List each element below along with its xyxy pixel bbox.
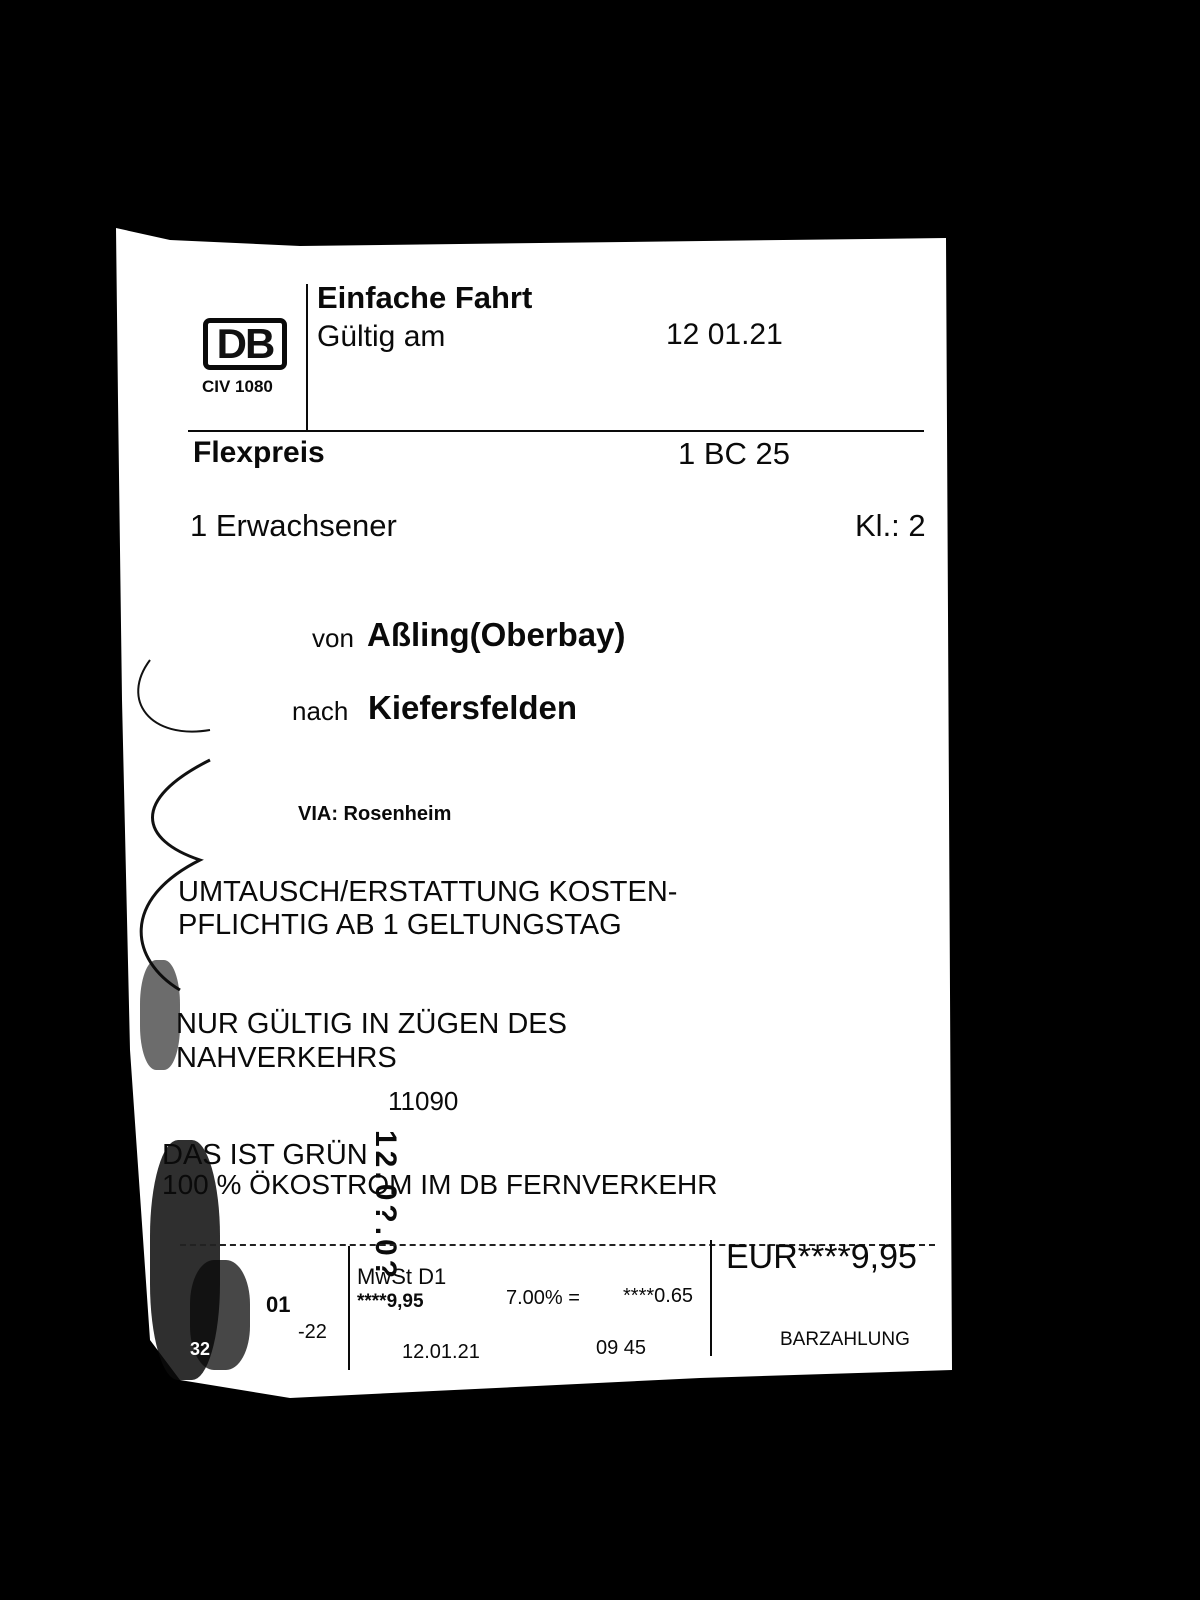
stamp-number: 11090 [388, 1088, 458, 1114]
logo-code: CIV 1080 [202, 378, 273, 395]
green-line2: 100 % ÖKOSTROM IM DB FERNVERKEHR [162, 1171, 717, 1199]
footer-code-2: -22 [298, 1322, 327, 1342]
footer-code-3: 32 [190, 1340, 210, 1358]
valid-date: 12 01.21 [666, 320, 783, 350]
vat-amount: ****0.65 [623, 1286, 693, 1306]
db-logo: DB [203, 318, 287, 370]
footer-code-1: 01 [266, 1294, 290, 1316]
header-divider [306, 284, 308, 432]
vat-rate: 7.00% = [506, 1288, 580, 1308]
vat-label: MwSt D1 [357, 1266, 446, 1288]
ticket-type: Einfache Fahrt [317, 282, 532, 313]
issue-time: 09 45 [596, 1338, 646, 1358]
to-prefix: nach [292, 698, 348, 724]
to-station: Kiefersfelden [368, 691, 577, 724]
footer-divider-2 [710, 1240, 712, 1356]
issue-date: 12.01.21 [402, 1342, 480, 1362]
travel-class: Kl.: 2 [855, 510, 926, 541]
from-station: Aßling(Oberbay) [367, 618, 626, 651]
green-line1: DAS IST GRÜN [162, 1141, 368, 1170]
passengers: 1 Erwachsener [190, 510, 397, 541]
valid-label: Gültig am [317, 322, 445, 352]
validation-stamp: 12.0?.0? [370, 1130, 400, 1282]
vat-base: ****9,95 [357, 1292, 424, 1311]
payment-method: BARZAHLUNG [780, 1330, 910, 1349]
via-station: VIA: Rosenheim [298, 804, 451, 824]
from-prefix: von [312, 625, 354, 651]
notice-local-line2: NAHVERKEHRS [176, 1044, 397, 1073]
notice-local-line1: NUR GÜLTIG IN ZÜGEN DES [176, 1010, 567, 1039]
total-amount: EUR****9,95 [726, 1240, 917, 1274]
fare-name: Flexpreis [193, 438, 325, 468]
db-logo-text: DB [217, 320, 274, 368]
footer-divider-1 [348, 1246, 350, 1370]
header-rule [188, 430, 924, 432]
notice-exchange-line2: PFLICHTIG AB 1 GELTUNGSTAG [178, 911, 622, 940]
fare-code: 1 BC 25 [678, 438, 790, 469]
stain-mark [140, 960, 180, 1070]
notice-exchange-line1: UMTAUSCH/ERSTATTUNG KOSTEN- [178, 878, 677, 907]
ticket-paper: DB CIV 1080 Einfache Fahrt Gültig am 12 … [0, 0, 1200, 1600]
